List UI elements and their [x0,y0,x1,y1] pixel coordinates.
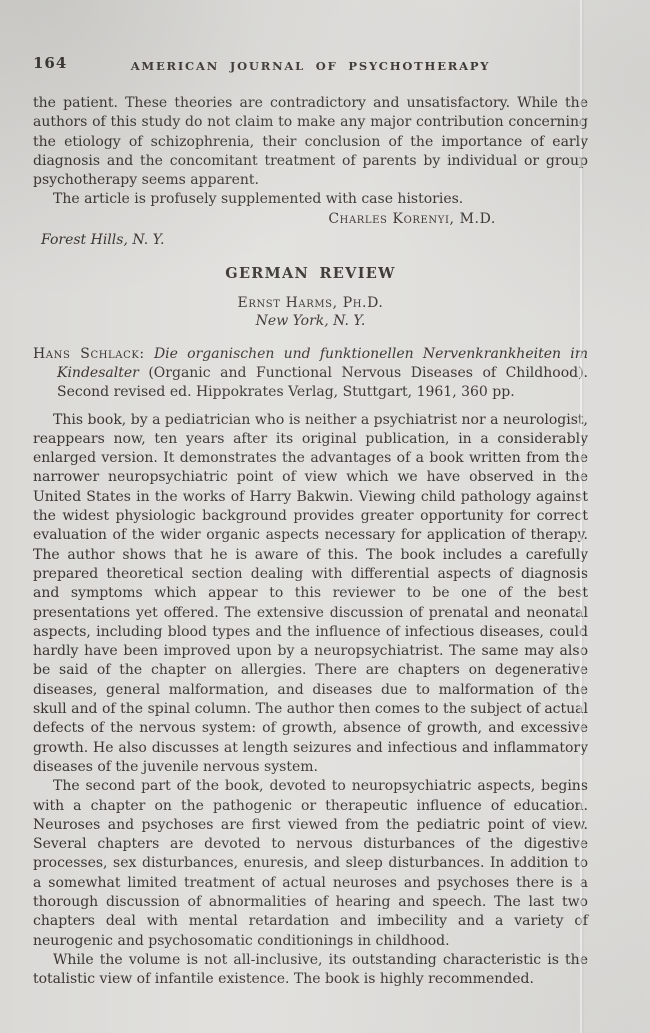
previous-review-closing-line: The article is profusely supplemented wi… [33,190,588,209]
book-author: Hans Schlack: [33,346,145,362]
running-head: 164 AMERICAN JOURNAL OF PSYCHOTHERAPY [33,54,588,72]
review-paragraph-2: The second part of the book, devoted to … [33,777,588,951]
review-paragraph-3: While the volume is not all-inclusive, i… [33,951,588,990]
section-editor-name: Ernst Harms, Ph.D. [33,294,588,313]
section-editor-location: New York, N. Y. [33,312,588,331]
scanned-journal-page: 164 AMERICAN JOURNAL OF PSYCHOTHERAPY th… [0,0,650,1033]
page-number: 164 [33,54,67,73]
reviewer-location: Forest Hills, N. Y. [33,231,588,250]
section-title: GERMAN REVIEW [33,264,588,283]
book-title-english-translation: (Organic and Functional Nervous Diseases… [148,365,588,381]
review-paragraph-1: This book, by a pediatrician who is neit… [33,411,588,778]
previous-review-continuation-paragraph: the patient. These theories are contradi… [33,94,588,190]
page-content: 164 AMERICAN JOURNAL OF PSYCHOTHERAPY th… [33,0,588,989]
section-editor-block: Ernst Harms, Ph.D. New York, N. Y. [33,294,588,331]
journal-title: AMERICAN JOURNAL OF PSYCHOTHERAPY [33,54,588,76]
page-fold-line [580,0,582,1033]
reviewer-name: Charles Korenyi, M.D. [328,211,496,227]
book-reference-citation: Hans Schlack: Die organischen und funkti… [33,345,588,403]
book-edition-publisher: Second revised ed. Hippokrates Verlag, S… [57,384,515,400]
reviewer-signature: Charles Korenyi, M.D. [33,210,588,229]
